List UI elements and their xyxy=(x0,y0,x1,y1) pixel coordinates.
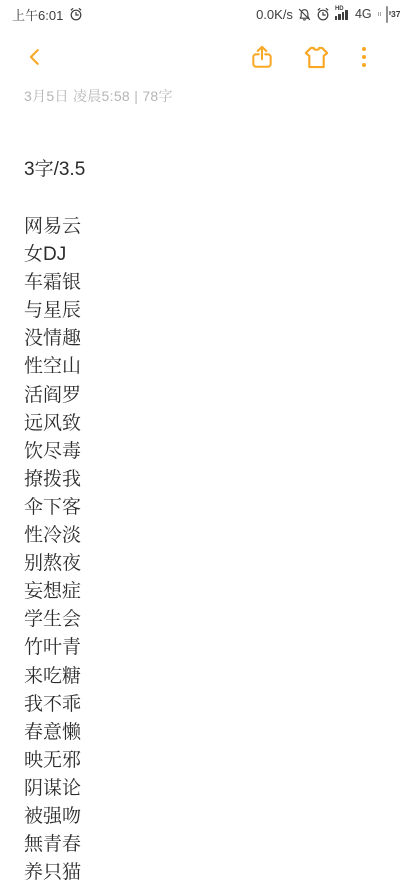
note-line: 养只猫 xyxy=(24,859,376,887)
clock-time: 上午6:01 xyxy=(12,5,63,24)
signal-strength-icon: HD xyxy=(335,7,350,21)
note-meta: 3月5日 凌晨5:58 | 78字 xyxy=(24,86,400,106)
note-line: 性冷淡 xyxy=(24,522,376,550)
note-line: 与星辰 xyxy=(24,297,376,325)
note-line: 竹叶青 xyxy=(24,634,376,662)
share-button[interactable] xyxy=(249,44,275,70)
notes-app-screen: 上午6:01 0.0K/s xyxy=(0,0,400,891)
note-line: 学生会 xyxy=(24,606,376,634)
alarm-icon xyxy=(69,7,83,21)
note-line: 来吃糖 xyxy=(24,663,376,691)
theme-button[interactable] xyxy=(303,44,330,71)
note-line: 没情趣 xyxy=(24,325,376,353)
note-line: 车霜银 xyxy=(24,269,376,297)
note-line: 阴谋论 xyxy=(24,775,376,803)
note-line: 我不乖 xyxy=(24,691,376,719)
note-line: 活阎罗 xyxy=(24,382,376,410)
note-title: 3字/3.5 xyxy=(24,156,376,184)
note-line: 春意懒 xyxy=(24,719,376,747)
status-bar: 上午6:01 0.0K/s xyxy=(0,0,400,26)
note-line: 伞下客 xyxy=(24,494,376,522)
note-line: 别熬夜 xyxy=(24,550,376,578)
note-line: 远风致 xyxy=(24,410,376,438)
toolbar-actions xyxy=(249,44,370,71)
note-editor[interactable]: 3字/3.5 网易云女DJ车霜银与星辰没情趣性空山活阎罗远风致饮尽毒撩拨我伞下客… xyxy=(0,156,400,887)
note-body: 网易云女DJ车霜银与星辰没情趣性空山活阎罗远风致饮尽毒撩拨我伞下客性冷淡别熬夜妄… xyxy=(24,213,376,887)
note-line: 無青春 xyxy=(24,831,376,859)
status-bar-left: 上午6:01 xyxy=(12,5,83,24)
more-options-button[interactable] xyxy=(358,47,370,67)
network-speed: 0.0K/s xyxy=(256,7,293,22)
note-line: 被强吻 xyxy=(24,803,376,831)
note-line: 撩拨我 xyxy=(24,466,376,494)
alarm-icon xyxy=(316,7,330,21)
back-button[interactable] xyxy=(24,46,46,68)
status-bar-right: 0.0K/s HD 4G xyxy=(256,7,390,22)
bell-muted-icon xyxy=(298,8,311,21)
note-toolbar xyxy=(0,40,400,74)
battery-indicator: 37 xyxy=(386,7,388,22)
network-type-label: 4G xyxy=(355,7,372,21)
kebab-menu-icon xyxy=(358,47,370,67)
note-line: 饮尽毒 xyxy=(24,438,376,466)
note-line: 妄想症 xyxy=(24,578,376,606)
note-line: 性空山 xyxy=(24,353,376,381)
note-line: 映无邪 xyxy=(24,747,376,775)
note-line: 网易云 xyxy=(24,213,376,241)
note-line: 女DJ xyxy=(24,241,376,269)
sim2-indicator xyxy=(378,12,381,16)
